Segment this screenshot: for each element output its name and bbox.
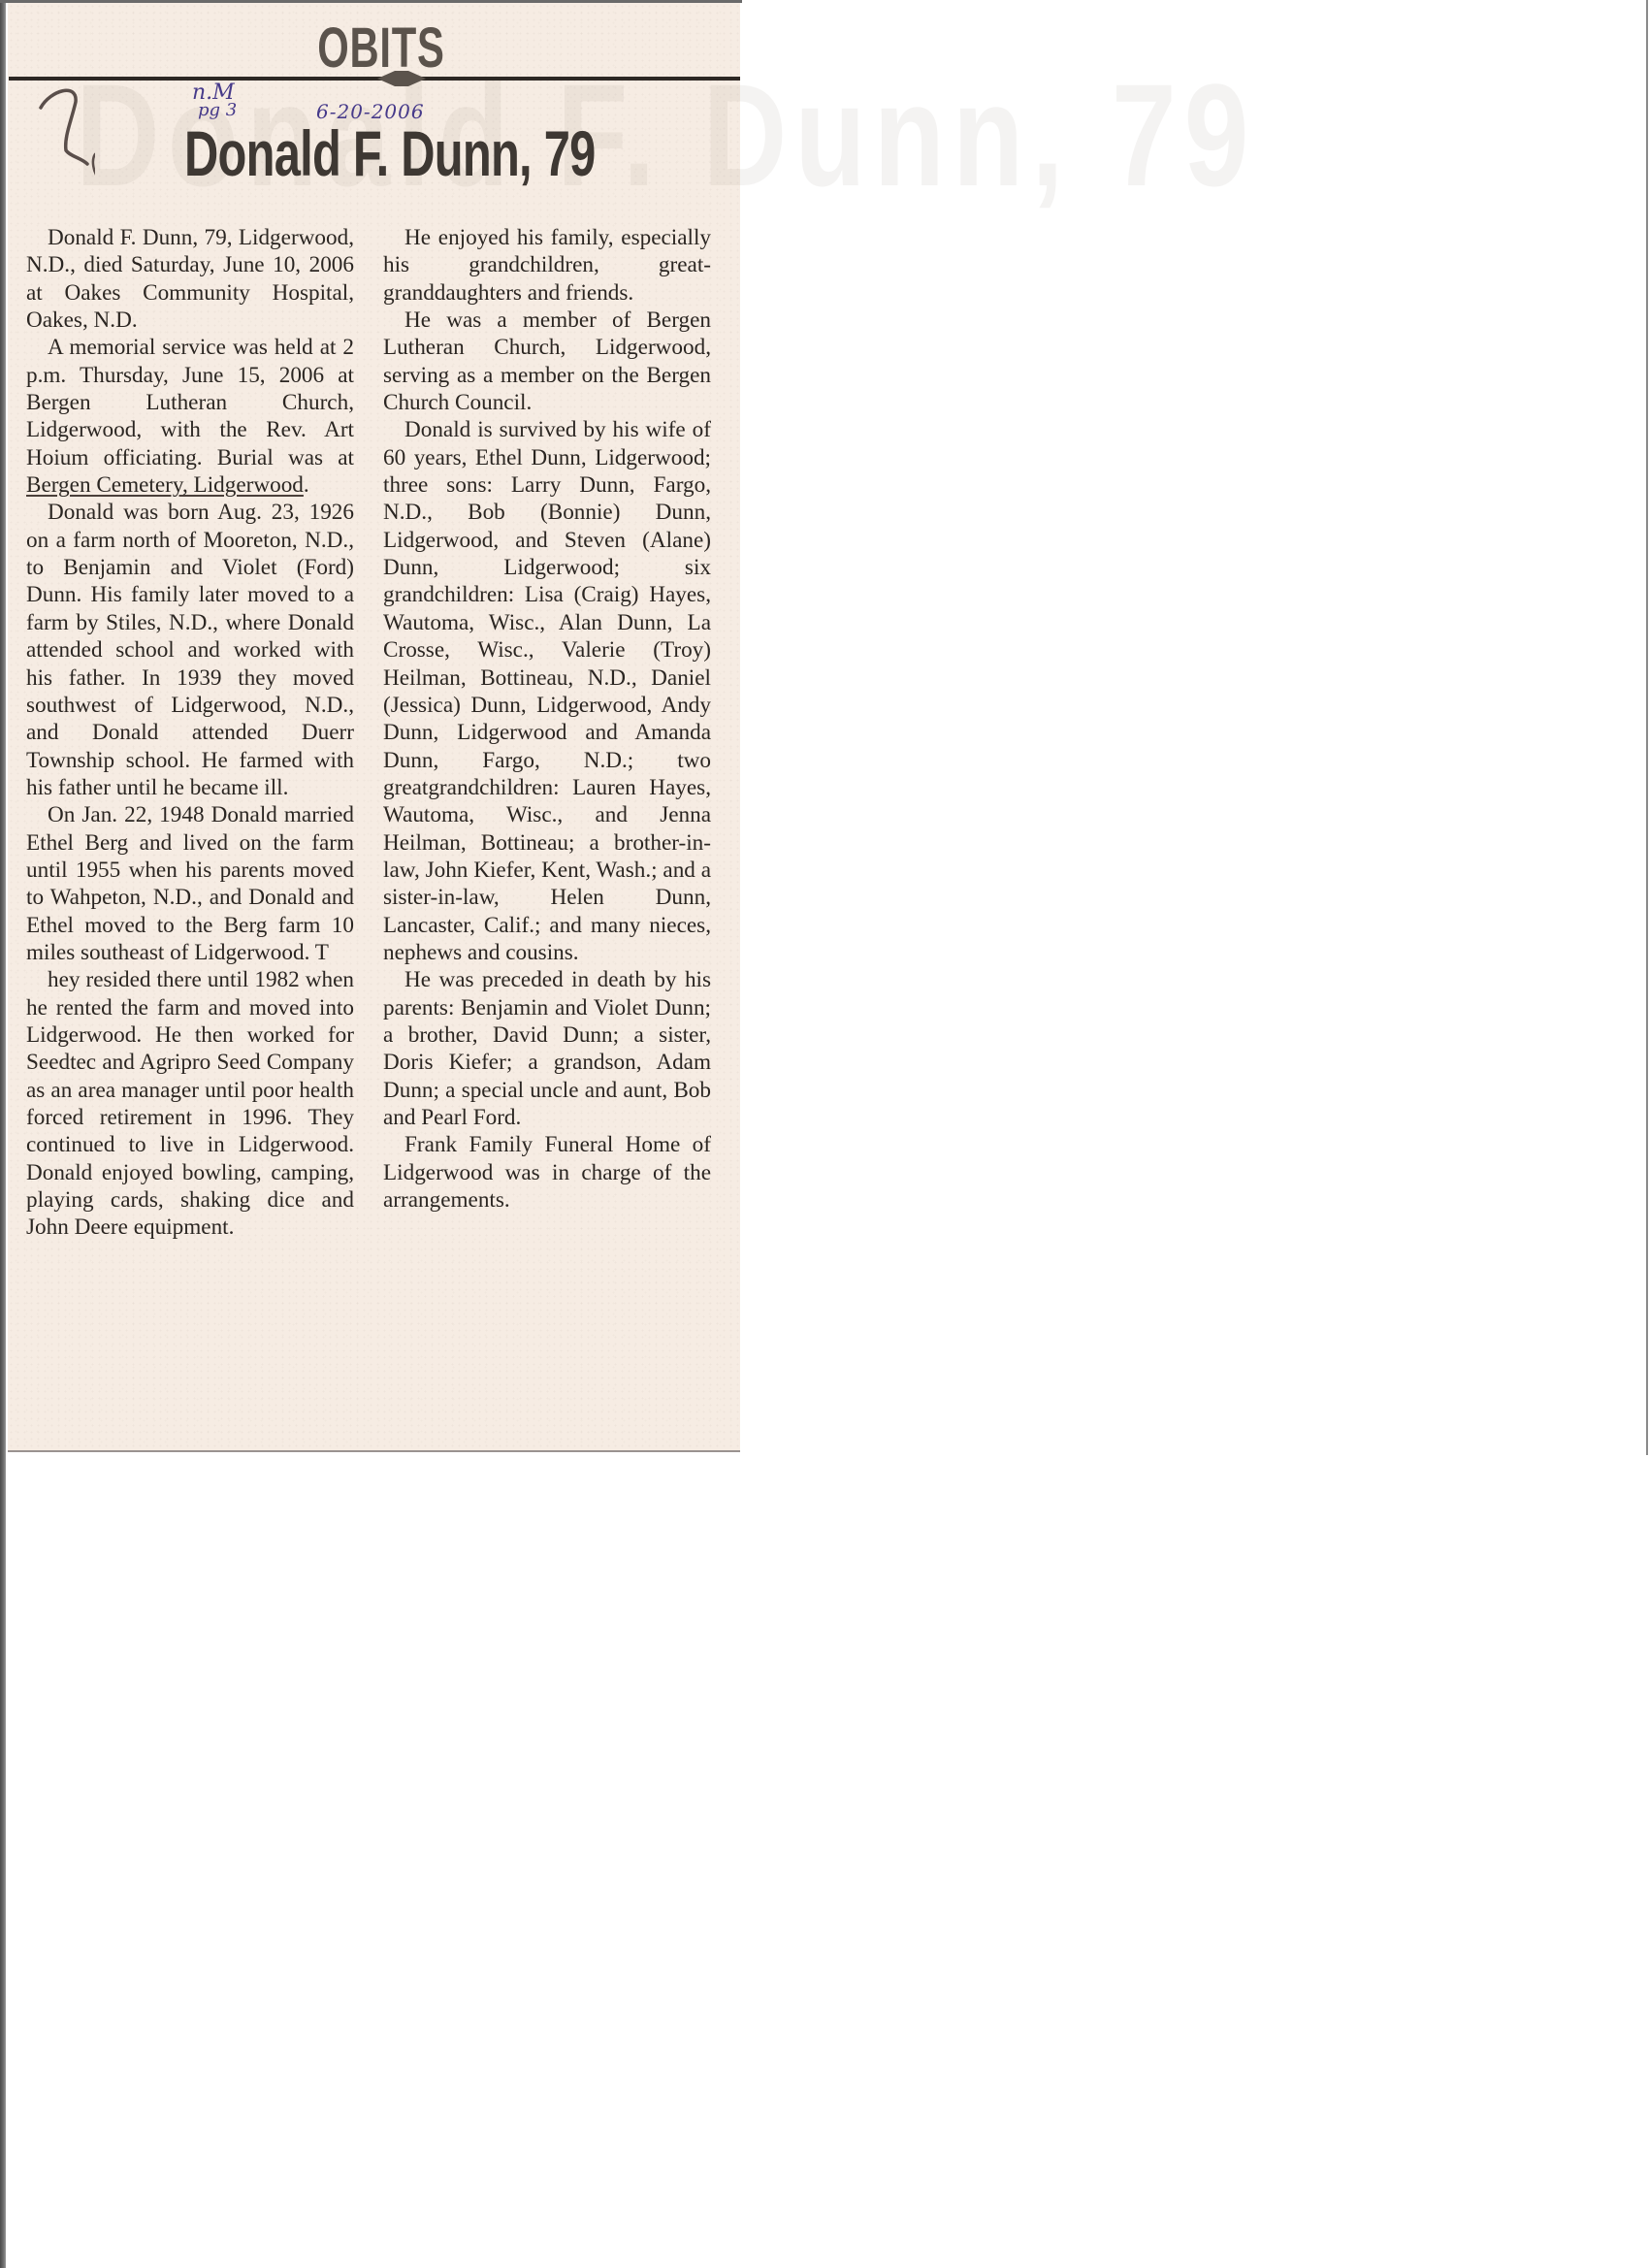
pencil-mark-2-icon <box>27 81 95 178</box>
paragraph-early-life: Donald was born Aug. 23, 1926 on a farm … <box>26 499 354 801</box>
obituary-headline: Donald F. Dunn, 79 <box>184 119 596 187</box>
diamond-ornament-icon <box>377 70 426 87</box>
paragraph-death-notice: Donald F. Dunn, 79, Lidgerwood, N.D., di… <box>26 224 354 334</box>
left-column: Donald F. Dunn, 79, Lidgerwood, N.D., di… <box>26 224 354 1242</box>
scan-left-border <box>0 0 6 2268</box>
paragraph-preceded-in-death: He was preceded in death by his parents:… <box>383 966 711 1131</box>
scan-right-edge <box>1646 0 1648 1455</box>
burial-location: Bergen Cemetery, Lidgerwood <box>26 472 304 498</box>
paragraph-memorial-service: A memorial service was held at 2 p.m. Th… <box>26 334 354 499</box>
paragraph-funeral-home: Frank Family Funeral Home of Lidgerwood … <box>383 1131 711 1214</box>
paragraph-marriage: On Jan. 22, 1948 Donald married Ethel Be… <box>26 801 354 966</box>
paragraph-family: He enjoyed his family, especially his gr… <box>383 224 711 307</box>
right-column: He enjoyed his family, especially his gr… <box>383 224 711 1214</box>
newspaper-clipping: Donald F. Dunn, 79 OBITS n.M pg 3 6-20-2… <box>8 3 740 1450</box>
section-header: OBITS <box>117 20 645 77</box>
paragraph-church: He was a member of Bergen Lutheran Churc… <box>383 307 711 416</box>
header-rule <box>9 77 740 81</box>
paragraph-later-life: hey resided there until 1982 when he ren… <box>26 966 354 1241</box>
paragraph-survivors: Donald is survived by his wife of 60 yea… <box>383 416 711 966</box>
